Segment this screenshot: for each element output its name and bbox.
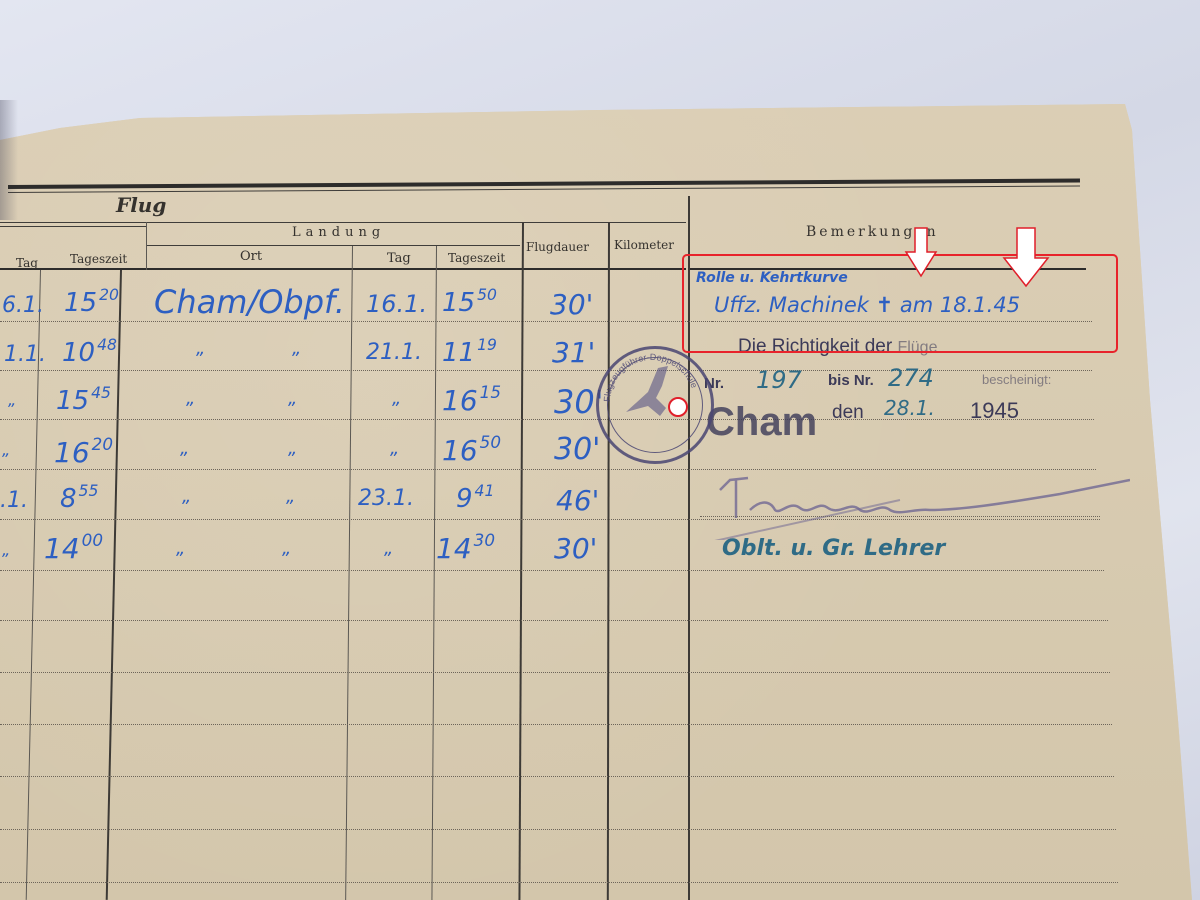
row4-start-zeit-h: 16 <box>54 436 90 469</box>
row2-start-zeit-h: 10 <box>62 338 95 368</box>
row3-ort-ditto-b: „ <box>288 388 297 409</box>
header-land-tageszeit: Tageszeit <box>448 251 505 265</box>
row4-ort-ditto-b: „ <box>288 438 297 459</box>
row4-land-zeit-m: 50 <box>480 432 501 452</box>
row4-land-tag: „ <box>390 438 399 459</box>
header-flugdauer: Flugdauer <box>526 240 589 254</box>
highlight-box <box>682 254 1118 353</box>
row6-land-tag: „ <box>384 538 393 559</box>
row5-land-tag: 23.1. <box>358 486 414 511</box>
cert-nr-to: 274 <box>888 364 934 392</box>
row4-start-tag: „ <box>2 440 10 459</box>
row1-land-tag: 16.1. <box>366 290 427 318</box>
row2-ort-ditto: „ <box>196 338 205 359</box>
row1-land-zeit-h: 15 <box>442 288 475 318</box>
row-line <box>0 776 1114 777</box>
row1-land-zeit-m: 50 <box>477 286 497 304</box>
row-line <box>0 620 1108 621</box>
row5-ort-ditto: „ <box>182 486 191 507</box>
row6-land-zeit-h: 14 <box>436 532 472 565</box>
row2-flugdauer: 31' <box>552 336 595 369</box>
header-kilometer: Kilometer <box>614 238 674 252</box>
header-line-1 <box>0 222 686 223</box>
header-start-tageszeit: Tageszeit <box>70 252 127 266</box>
sig-dotline <box>700 516 1100 517</box>
row2-start-tag: 1.1. <box>4 342 46 367</box>
row4-flugdauer: 30' <box>554 432 600 467</box>
row3-start-zeit-h: 15 <box>56 386 89 416</box>
row-line <box>0 570 1104 571</box>
cert-place: Cham <box>706 400 817 445</box>
row6-land-zeit: 1430 <box>436 530 495 565</box>
row3-land-zeit-m: 15 <box>480 382 501 402</box>
header-ort: Ort <box>240 249 262 264</box>
row1-land-zeit: 1550 <box>442 286 497 318</box>
row4-start-zeit-m: 20 <box>92 434 113 454</box>
row6-ort-ditto-b: „ <box>282 538 291 559</box>
row6-start-tag: „ <box>2 540 10 559</box>
row2-start-zeit-m: 48 <box>97 336 117 354</box>
row2-land-zeit-h: 11 <box>442 338 475 368</box>
row5-land-zeit-m: 41 <box>475 482 495 500</box>
cert-date-year: 1945 <box>970 398 1019 424</box>
row6-ort-ditto: „ <box>176 538 185 559</box>
col-line-landung-left <box>146 222 147 270</box>
location-marker <box>668 397 688 417</box>
page-edge-shadow <box>0 100 18 220</box>
row3-start-zeit-m: 45 <box>91 384 111 402</box>
row1-ort: Cham/Obpf. <box>154 283 345 321</box>
row5-ort-ditto-b: „ <box>286 486 295 507</box>
row4-land-zeit-h: 16 <box>442 434 478 467</box>
row3-start-zeit: 1545 <box>56 384 111 416</box>
cert-bis-label: bis Nr. <box>828 372 874 389</box>
row1-start-zeit-h: 15 <box>64 288 97 318</box>
row6-start-zeit-m: 00 <box>82 530 103 550</box>
row3-land-zeit-h: 16 <box>442 384 478 417</box>
header-line-landung <box>146 245 520 246</box>
header-start-tag: Tag <box>16 256 38 270</box>
row6-start-zeit: 1400 <box>44 530 103 565</box>
cert-den-label: den <box>832 402 864 424</box>
row-line <box>0 724 1112 725</box>
row2-start-zeit: 1048 <box>62 336 117 368</box>
down-arrow-icon <box>1002 226 1050 288</box>
row3-land-zeit: 1615 <box>442 382 501 417</box>
row6-flugdauer: 30' <box>554 532 597 565</box>
signature <box>700 470 1130 540</box>
row1-start-zeit-m: 20 <box>99 286 119 304</box>
row5-start-zeit: 855 <box>60 482 98 514</box>
row4-start-zeit: 1620 <box>54 434 113 469</box>
header-line-1b <box>0 226 146 227</box>
row-line <box>0 829 1116 830</box>
row2-land-zeit-m: 19 <box>477 336 497 354</box>
section-title-flug: Flug <box>116 193 166 217</box>
header-landung: Landung <box>292 225 385 240</box>
row1-start-zeit: 1520 <box>64 286 119 318</box>
row2-ort-ditto-b: „ <box>292 338 301 359</box>
header-land-tag: Tag <box>387 251 411 266</box>
row5-start-tag: .1. <box>0 488 28 513</box>
cert-date-day: 28.1. <box>884 396 935 420</box>
cert-suffix: bescheinigt: <box>982 372 1051 387</box>
row5-start-zeit-m: 55 <box>79 482 99 500</box>
row5-land-zeit: 941 <box>456 482 494 514</box>
row5-flugdauer: 46' <box>556 484 599 517</box>
cert-signer-title: Oblt. u. Gr. Lehrer <box>722 536 945 561</box>
row4-ort-ditto: „ <box>180 438 189 459</box>
row1-flugdauer: 30' <box>550 288 593 321</box>
row2-land-zeit: 1119 <box>442 336 497 368</box>
row6-start-zeit-h: 14 <box>44 532 80 565</box>
eagle-emblem-icon: Flugzeugführer-Doppelschule <box>596 346 708 458</box>
row5-land-zeit-h: 9 <box>456 484 473 514</box>
header-bottom-rule <box>0 268 686 270</box>
cert-nr-from: 197 <box>756 366 802 394</box>
row1-start-tag: 6.1. <box>2 293 44 318</box>
row3-land-tag: „ <box>392 388 401 409</box>
row3-ort-ditto: „ <box>186 388 195 409</box>
row6-land-zeit-m: 30 <box>474 530 495 550</box>
down-arrow-icon <box>904 226 938 278</box>
row-line <box>0 882 1118 883</box>
row3-start-tag: „ <box>8 390 16 409</box>
row-line <box>0 672 1110 673</box>
official-stamp: Flugzeugführer-Doppelschule <box>596 346 714 464</box>
row5-start-zeit-h: 8 <box>60 484 77 514</box>
row2-land-tag: 21.1. <box>366 340 422 365</box>
row4-land-zeit: 1650 <box>442 432 501 467</box>
